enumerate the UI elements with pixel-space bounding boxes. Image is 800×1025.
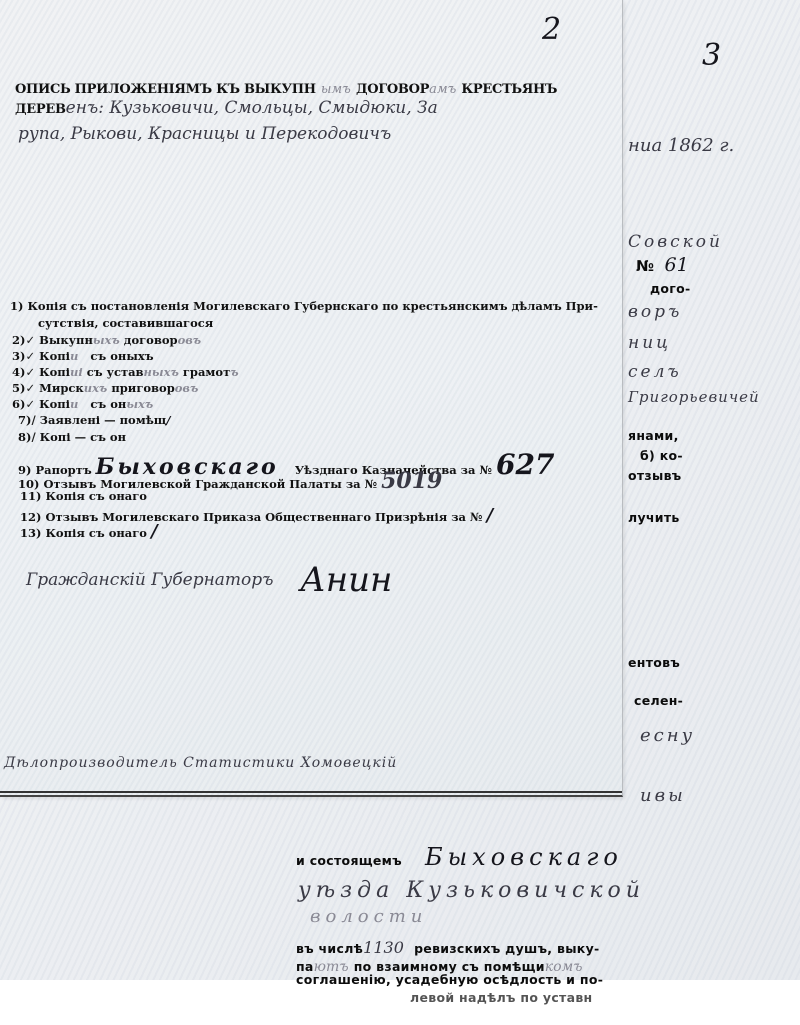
date-fragment: ниа 1862 г.: [628, 135, 734, 156]
agreement-line: соглашенію, усадебную осѣдлость и по-: [296, 972, 603, 987]
item-number: 5): [12, 381, 25, 395]
souls-count-line: въ числѣ1130 ревизскихъ душъ, выку-: [296, 938, 600, 957]
report-number-handwritten: 627: [496, 448, 554, 481]
item-text: Копія съ постановленія Могилевскаго Губе…: [27, 299, 597, 313]
item-handwritten: и: [70, 349, 78, 363]
right-hand-fragment-1: Совской: [628, 232, 723, 252]
cropped-bottom-area: [0, 985, 800, 1025]
right-printed-2: янами,: [628, 428, 679, 443]
item-text: Копі: [39, 349, 70, 363]
document-title-line2: ДЕРЕВенъ: Кузьковичи, Смольцы, Смыдюки, …: [15, 98, 438, 118]
status-line: и состоящемъ Быховскаго: [296, 843, 623, 871]
list-item-3: 3)✓ Копіи съ оныхъ: [12, 349, 154, 363]
right-hand-fragment-6: есну: [640, 725, 695, 746]
item-text: Копі: [39, 365, 70, 379]
checkmark-icon: /: [31, 413, 35, 427]
item-text: Копія съ онаго: [45, 489, 147, 503]
right-printed-5: лучить: [628, 510, 680, 525]
item-number: 11): [20, 489, 41, 503]
list-item-7: 7)/ Заявлені — помѣщ/: [18, 413, 170, 427]
bottom-rule-line: [0, 791, 622, 793]
item-handwritten: овъ: [178, 333, 202, 347]
item-text: съ оныхъ: [90, 349, 153, 363]
item-text: договор: [124, 333, 178, 347]
volost-handwritten: уѣзда Кузьковичской: [298, 878, 645, 903]
list-item-6: 6)✓ Копіи съ оныхъ: [12, 397, 153, 411]
checkmark-icon: ✓: [25, 381, 35, 395]
printed-text: ревизскихъ душъ, выку-: [414, 941, 599, 956]
item-number: 4): [12, 365, 25, 379]
item-handwritten: ыхъ: [126, 397, 153, 411]
item-number: 2): [12, 333, 25, 347]
title-printed: ДЕРЕВ: [15, 102, 66, 117]
item-handwritten: овъ: [175, 381, 199, 395]
list-item-13: 13) Копія съ онаго /: [20, 521, 158, 542]
item-text: Копія съ онаго: [45, 526, 147, 540]
item-handwritten: и: [70, 397, 78, 411]
item-handwritten: /: [487, 505, 494, 526]
number-label: №: [636, 257, 654, 275]
volost-handwritten-cont: волости: [310, 906, 427, 927]
title-printed: КРЕСТЬЯНЪ: [461, 82, 557, 97]
right-printed-6: ентовъ: [628, 655, 680, 670]
right-hand-fragment-3: ниц: [628, 333, 671, 353]
page-number-right: 3: [702, 38, 721, 73]
item-handwritten: ъ: [230, 365, 238, 379]
item-number: 1): [10, 299, 23, 313]
list-item-11: 11) Копія съ онаго: [20, 489, 147, 503]
right-printed-3: б) ко-: [640, 448, 683, 463]
item-text: Мирск: [39, 381, 84, 395]
page-number-left: 2: [542, 12, 561, 47]
district-handwritten: Быховскаго: [425, 843, 623, 871]
list-item-5: 5)✓ Мирскихъ приговоровъ: [12, 381, 198, 395]
document-title-line1: ОПИСЬ ПРИЛОЖЕНІЯМЪ КЪ ВЫКУПН ымъ ДОГОВОР…: [15, 78, 557, 97]
list-item-2: 2)✓ Выкупныхъ договоровъ: [12, 333, 201, 347]
list-item-4: 4)✓ Копіиі съ уставныхъ грамотъ: [12, 365, 239, 379]
right-hand-fragment-7: ивы: [640, 785, 686, 806]
item-text: Заявлені — помѣщ: [40, 413, 167, 427]
item-text: Копі: [39, 397, 70, 411]
item-handwritten: иі: [70, 365, 83, 379]
item-handwritten: ныхъ: [144, 365, 179, 379]
item-number: 6): [12, 397, 25, 411]
checkmark-icon: /: [31, 430, 35, 444]
checkmark-icon: ✓: [25, 397, 35, 411]
right-printed-4: отзывъ: [628, 468, 682, 483]
list-item-8: 8)/ Копі — съ он: [18, 430, 126, 444]
clerk-note: Дѣлопроизводитель Статистики Хомовецкій: [4, 755, 397, 771]
response-number-handwritten: 5019: [381, 468, 442, 494]
checkmark-icon: ✓: [25, 349, 35, 363]
right-printed-7: селен-: [634, 693, 683, 708]
item-handwritten: /: [166, 413, 170, 427]
item-number: 3): [12, 349, 25, 363]
item-text: Выкупн: [39, 333, 93, 347]
item-handwritten: ихъ: [84, 381, 108, 395]
village-names-handwritten-cont: рупа, Рыкови, Красницы и Перекодовичъ: [18, 124, 391, 144]
title-printed: ОПИСЬ ПРИЛОЖЕНІЯМЪ КЪ ВЫКУПН: [15, 82, 316, 97]
title-handwritten: амъ: [429, 82, 456, 97]
item-text: грамот: [183, 365, 230, 379]
right-printed-1: дого-: [650, 281, 691, 296]
item-text: приговор: [111, 381, 174, 395]
contract-number: № 61: [636, 254, 689, 276]
right-hand-fragment-5: Григорьевичей: [628, 388, 760, 406]
souls-count-handwritten: 1130: [363, 938, 404, 957]
list-item-1: 1) Копія съ постановленія Могилевскаго Г…: [10, 299, 598, 313]
item-handwritten: ыхъ: [93, 333, 120, 347]
item-handwritten: /: [151, 521, 158, 542]
item-number: 13): [20, 526, 41, 540]
title-handwritten: ымъ: [321, 82, 351, 97]
right-hand-fragment-2: воръ: [628, 302, 682, 322]
list-item-1-cont: сутствія, составившагося: [38, 316, 213, 330]
title-printed: ДОГОВОР: [356, 82, 429, 97]
item-text: Копі — съ он: [40, 430, 126, 444]
item-text: съ он: [90, 397, 126, 411]
item-number: 7): [18, 413, 31, 427]
item-text: съ устав: [87, 365, 144, 379]
printed-text: и состоящемъ: [296, 853, 402, 868]
item-number: 8): [18, 430, 31, 444]
number-value: 61: [665, 254, 689, 276]
checkmark-icon: ✓: [25, 333, 35, 347]
printed-text: въ числѣ: [296, 941, 363, 956]
signatory-title: Гражданскій Губернаторъ: [26, 570, 274, 590]
cropped-line: левой надѣлъ по уставн: [410, 990, 592, 1005]
village-names-handwritten: енъ: Кузьковичи, Смольцы, Смыдюки, За: [66, 98, 438, 118]
right-hand-fragment-4: селъ: [628, 362, 682, 382]
governor-signature: Анин: [300, 560, 392, 600]
checkmark-icon: ✓: [25, 365, 35, 379]
